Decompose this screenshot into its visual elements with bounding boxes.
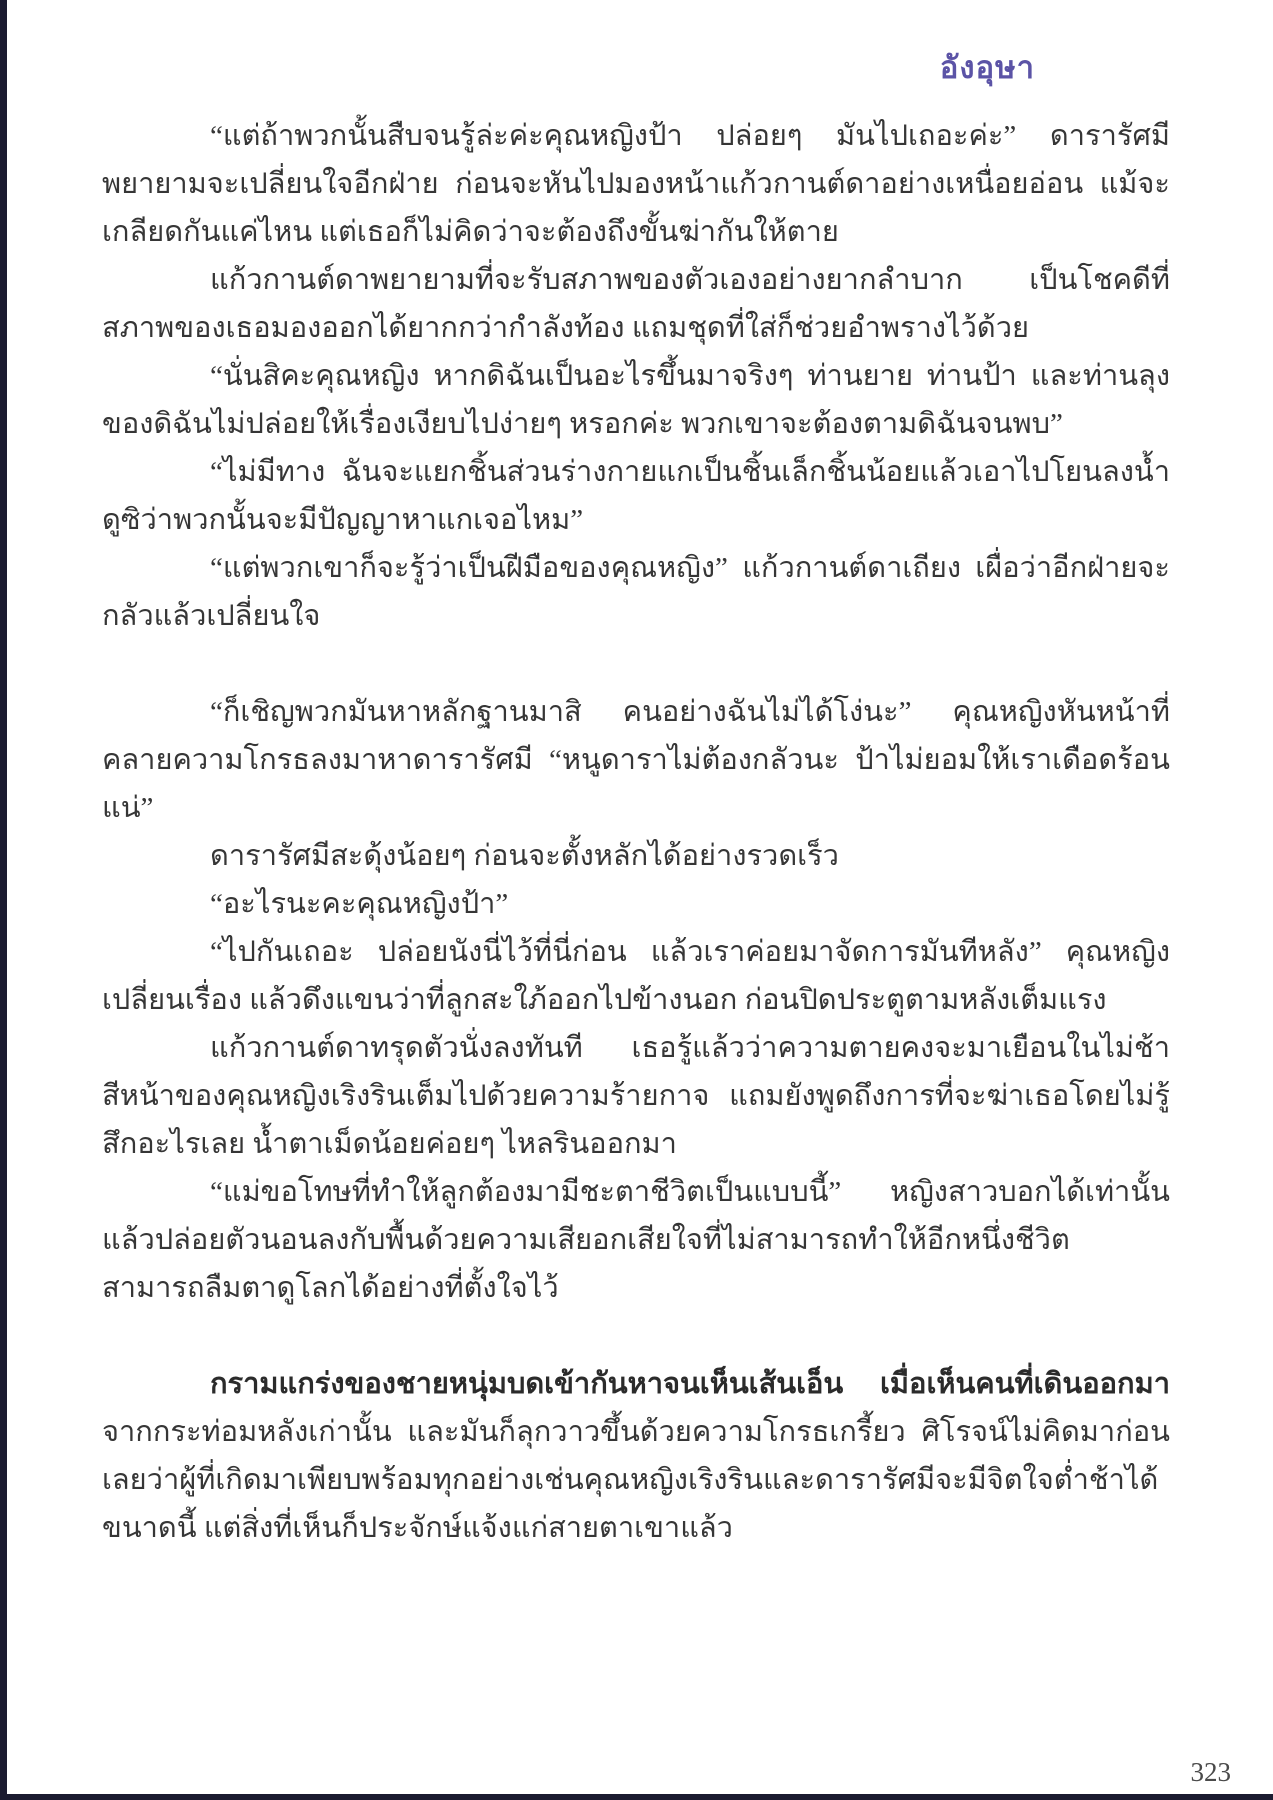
paragraph: แก้วกานต์ดาพยายามที่จะรับสภาพของตัวเองอย… (102, 256, 1170, 352)
paragraph: “ไม่มีทาง ฉันจะแยกชิ้นส่วนร่างกายแกเป็นช… (102, 448, 1170, 544)
page-edge-bottom-shadow (0, 1794, 1273, 1800)
paragraph: แก้วกานต์ดาทรุดตัวนั่งลงทันที เธอรู้แล้ว… (102, 1024, 1170, 1168)
page-number: 323 (1191, 1757, 1232, 1788)
paragraph: “แต่พวกเขาก็จะรู้ว่าเป็นฝีมือของคุณหญิง”… (102, 544, 1170, 640)
paragraph-bold-lead: กรามแกร่งของชายหนุ่มบดเข้ากันหาจนเห็นเส้… (210, 1368, 1170, 1400)
paragraph: “แต่ถ้าพวกนั้นสืบจนรู้ล่ะค่ะคุณหญิงป้า ป… (102, 112, 1170, 256)
paragraph: “นั่นสิคะคุณหญิง หากดิฉันเป็นอะไรขึ้นมาจ… (102, 352, 1170, 448)
paragraph: “ก็เชิญพวกมันหาหลักฐานมาสิ คนอย่างฉันไม่… (102, 688, 1170, 832)
paragraph: “แม่ขอโทษที่ทำให้ลูกต้องมามีชะตาชีวิตเป็… (102, 1168, 1170, 1312)
paragraph: ดารารัศมีสะดุ้งน้อยๆ ก่อนจะตั้งหลักได้อย… (102, 832, 1170, 880)
paragraph: “อะไรนะคะคุณหญิงป้า” (102, 880, 1170, 928)
paragraph-continuation: จากกระท่อมหลังเก่านั้น และมันก็ลุกวาวขึ้… (102, 1416, 1170, 1544)
paragraph: “ไปกันเถอะ ปล่อยนังนี่ไว้ที่นี่ก่อน แล้ว… (102, 928, 1170, 1024)
page-edge-left-shadow (0, 0, 7, 1800)
page-body-text: “แต่ถ้าพวกนั้นสืบจนรู้ล่ะค่ะคุณหญิงป้า ป… (102, 112, 1170, 1552)
paragraph-scene-break: กรามแกร่งของชายหนุ่มบดเข้ากันหาจนเห็นเส้… (102, 1360, 1170, 1552)
book-page: อังอุษา “แต่ถ้าพวกนั้นสืบจนรู้ล่ะค่ะคุณห… (0, 0, 1273, 1800)
book-logo: อังอุษา (940, 42, 1035, 92)
